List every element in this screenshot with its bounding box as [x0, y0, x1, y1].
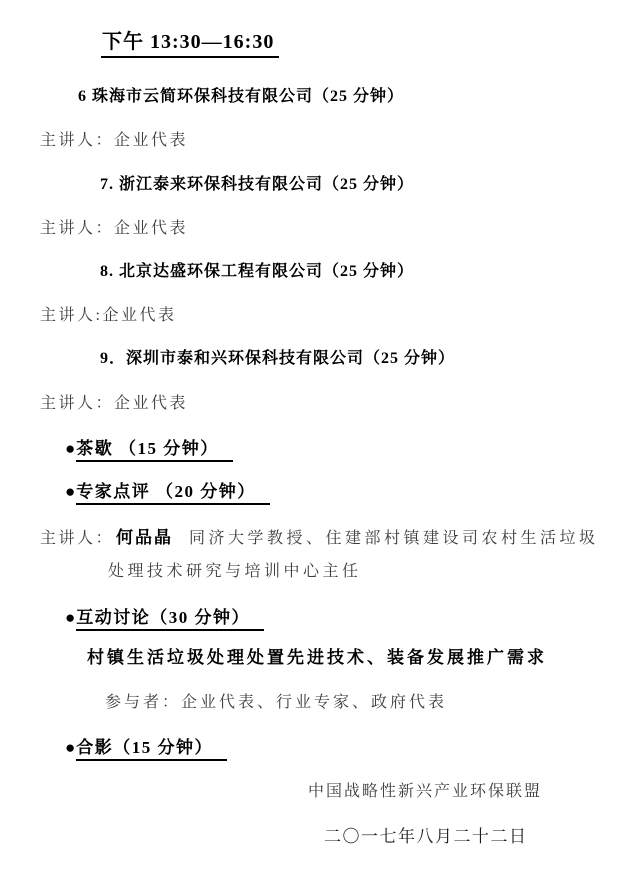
- presentation-speaker-8: 主讲人:企业代表: [40, 306, 176, 326]
- presentation-speaker-9: 主讲人：企业代表: [40, 394, 188, 414]
- discussion-topic: 村镇生活垃圾处理处置先进技术、装备发展推广需求: [87, 647, 547, 668]
- presentation-title-9: 9．深圳市泰和兴环保科技有限公司（25 分钟）: [100, 349, 455, 369]
- discussion-participants: 参与者：企业代表、行业专家、政府代表: [105, 693, 447, 713]
- expert-speaker-title-line1: 同济大学教授、住建部村镇建设司农村生活垃圾: [189, 530, 599, 547]
- agenda-item-group-photo: ●合影（15 分钟）: [65, 737, 227, 761]
- presentation-title-8: 8. 北京达盛环保工程有限公司（25 分钟）: [100, 262, 414, 282]
- agenda-document-page: 下午 13:30—16:30 6 珠海市云简环保科技有限公司（25 分钟） 主讲…: [0, 0, 621, 871]
- presentation-speaker-6: 主讲人：企业代表: [40, 131, 188, 151]
- bullet-icon: ●: [65, 482, 75, 501]
- interactive-discussion-label: 互动讨论（30 分钟）: [76, 607, 264, 631]
- presentation-title-7: 7. 浙江泰来环保科技有限公司（25 分钟）: [100, 175, 414, 195]
- agenda-item-tea-break: ●茶歇 （15 分钟）: [65, 438, 233, 462]
- bullet-icon: ●: [65, 608, 75, 627]
- expert-speaker-name: 何品晶: [116, 528, 173, 547]
- agenda-item-interactive-discussion: ●互动讨论（30 分钟）: [65, 607, 264, 631]
- expert-speaker-prefix: 主讲人：: [40, 530, 114, 547]
- session-time-text: 下午 13:30—16:30: [101, 30, 279, 58]
- presentation-speaker-7: 主讲人：企业代表: [40, 219, 188, 239]
- group-photo-label: 合影（15 分钟）: [76, 737, 227, 761]
- agenda-item-expert-review: ●专家点评 （20 分钟）: [65, 481, 270, 505]
- expert-review-label: 专家点评 （20 分钟）: [76, 481, 270, 505]
- bullet-icon: ●: [65, 439, 75, 458]
- expert-speaker-line: 主讲人：何品晶同济大学教授、住建部村镇建设司农村生活垃圾: [40, 527, 599, 549]
- expert-speaker-title-line2: 处理技术研究与培训中心主任: [108, 562, 362, 582]
- tea-break-label: 茶歇 （15 分钟）: [76, 438, 233, 462]
- signature-organization: 中国战略性新兴产业环保联盟: [308, 782, 542, 802]
- presentation-title-6: 6 珠海市云简环保科技有限公司（25 分钟）: [78, 87, 404, 107]
- session-time-heading: 下午 13:30—16:30: [101, 30, 279, 58]
- bullet-icon: ●: [65, 738, 75, 757]
- signature-date: 二〇一七年八月二十二日: [324, 826, 528, 847]
